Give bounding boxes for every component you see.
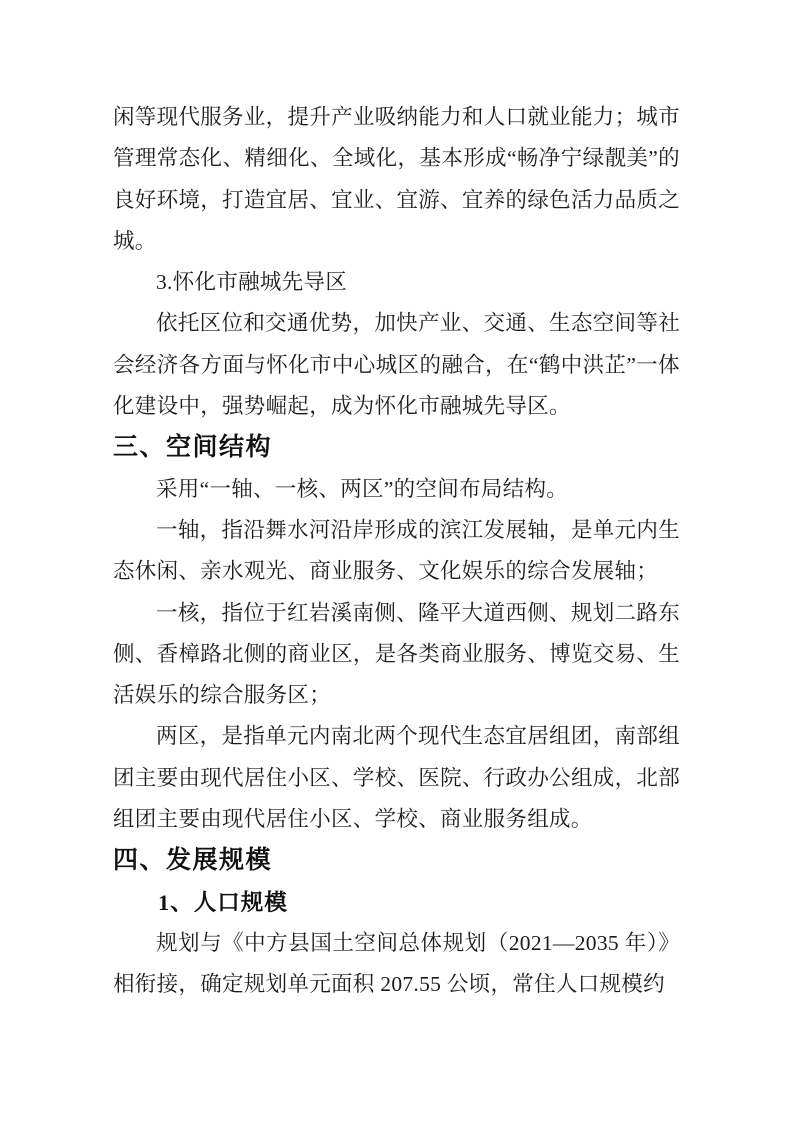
subsection-heading-population-scale: 1、人口规模 <box>113 882 680 923</box>
paragraph-population-scale: 规划与《中方县国土空间总体规划（2021—2035 年）》相衔接，确定规划单元面… <box>113 923 680 1006</box>
section-heading-space-structure: 三、空间结构 <box>113 427 680 468</box>
list-item-3-heading: 3.怀化市融城先导区 <box>113 262 680 303</box>
paragraph-two-districts: 两区，是指单元内南北两个现代生态宜居组团，南部组团主要由现代居住小区、学校、医院… <box>113 716 680 840</box>
continued-paragraph: 闲等现代服务业，提升产业吸纳能力和人口就业能力；城市管理常态化、精细化、全域化，… <box>113 97 680 262</box>
paragraph-rongcheng-pilot-zone: 依托区位和交通优势，加快产业、交通、生态空间等社会经济各方面与怀化市中心城区的融… <box>113 303 680 427</box>
paragraph-layout-structure: 采用“一轴、一核、两区”的空间布局结构。 <box>113 469 680 510</box>
section-heading-development-scale: 四、发展规模 <box>113 840 680 881</box>
paragraph-one-axis: 一轴，指沿舞水河沿岸形成的滨江发展轴，是单元内生态休闲、亲水观光、商业服务、文化… <box>113 510 680 593</box>
paragraph-one-core: 一核，指位于红岩溪南侧、隆平大道西侧、规划二路东侧、香樟路北侧的商业区，是各类商… <box>113 593 680 717</box>
document-page: 闲等现代服务业，提升产业吸纳能力和人口就业能力；城市管理常态化、精细化、全域化，… <box>0 0 793 1122</box>
